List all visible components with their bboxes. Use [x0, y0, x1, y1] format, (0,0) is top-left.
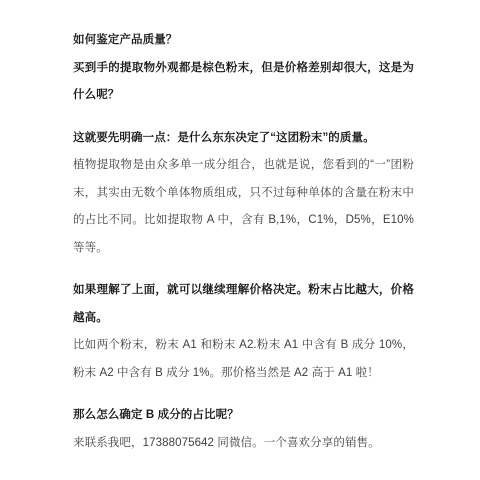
- heading-how-to-determine-b-content: 那么怎么确定 B 成分的占比呢？: [73, 402, 414, 430]
- heading-price-determination: 如果理解了上面，就可以继续理解价格决定。粉末占比越大，价格越高。: [73, 277, 414, 332]
- body-contact-info: 来联系我吧，17388075642 同微信。一个喜欢分享的销售。: [73, 430, 414, 458]
- heading-price-difference-question: 买到手的提取物外观都是棕色粉末，但是价格差别却很大，这是为什么呢？: [73, 55, 414, 110]
- heading-clarify-point: 这就要先明确一点：是什么东东决定了“这团粉末”的质量。: [73, 125, 414, 153]
- document-page: 如何鉴定产品质量？ 买到手的提取物外观都是棕色粉末，但是价格差别却很大，这是为什…: [0, 0, 480, 480]
- body-powder-comparison: 比如两个粉末，粉末 A1 和粉末 A2.粉末 A1 中含有 B 成分 10%，粉…: [73, 332, 414, 387]
- body-extract-composition: 植物提取物是由众多单一成分组合，也就是说，您看到的“一”团粉末，其实由无数个单体…: [73, 152, 414, 262]
- heading-how-to-judge-quality: 如何鉴定产品质量？: [73, 27, 414, 55]
